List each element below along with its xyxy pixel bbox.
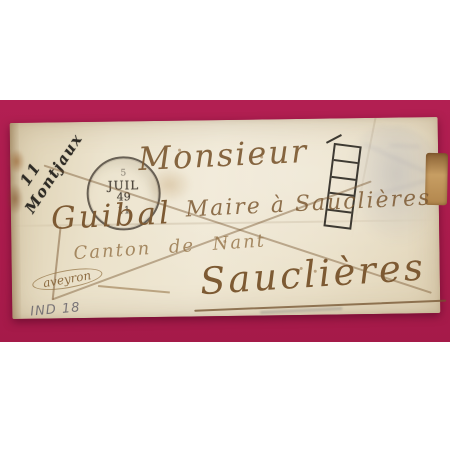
address-destination: Sauclières	[199, 245, 427, 303]
region-annotation: aveyron	[31, 264, 104, 294]
recipient-title: Maire à Sauclières	[185, 185, 432, 222]
address-salutation: Monsieur	[137, 132, 309, 178]
photo-background: { "colors": { "mat_magenta": "#ad1c4e", …	[0, 0, 450, 450]
region-annotation-tail	[98, 285, 170, 293]
recipient-name: Guibal	[50, 195, 173, 237]
letter-cover: 11 Montjaux 5 JUIL 49 11 Monsieur Guibal…	[10, 117, 441, 319]
catalog-pencil-note: IND 18	[30, 300, 81, 319]
datestamp-day: 5	[120, 170, 126, 180]
showthrough-scribble	[390, 144, 420, 147]
showthrough-scribble	[363, 143, 427, 173]
tax-mark-stub	[326, 134, 342, 144]
